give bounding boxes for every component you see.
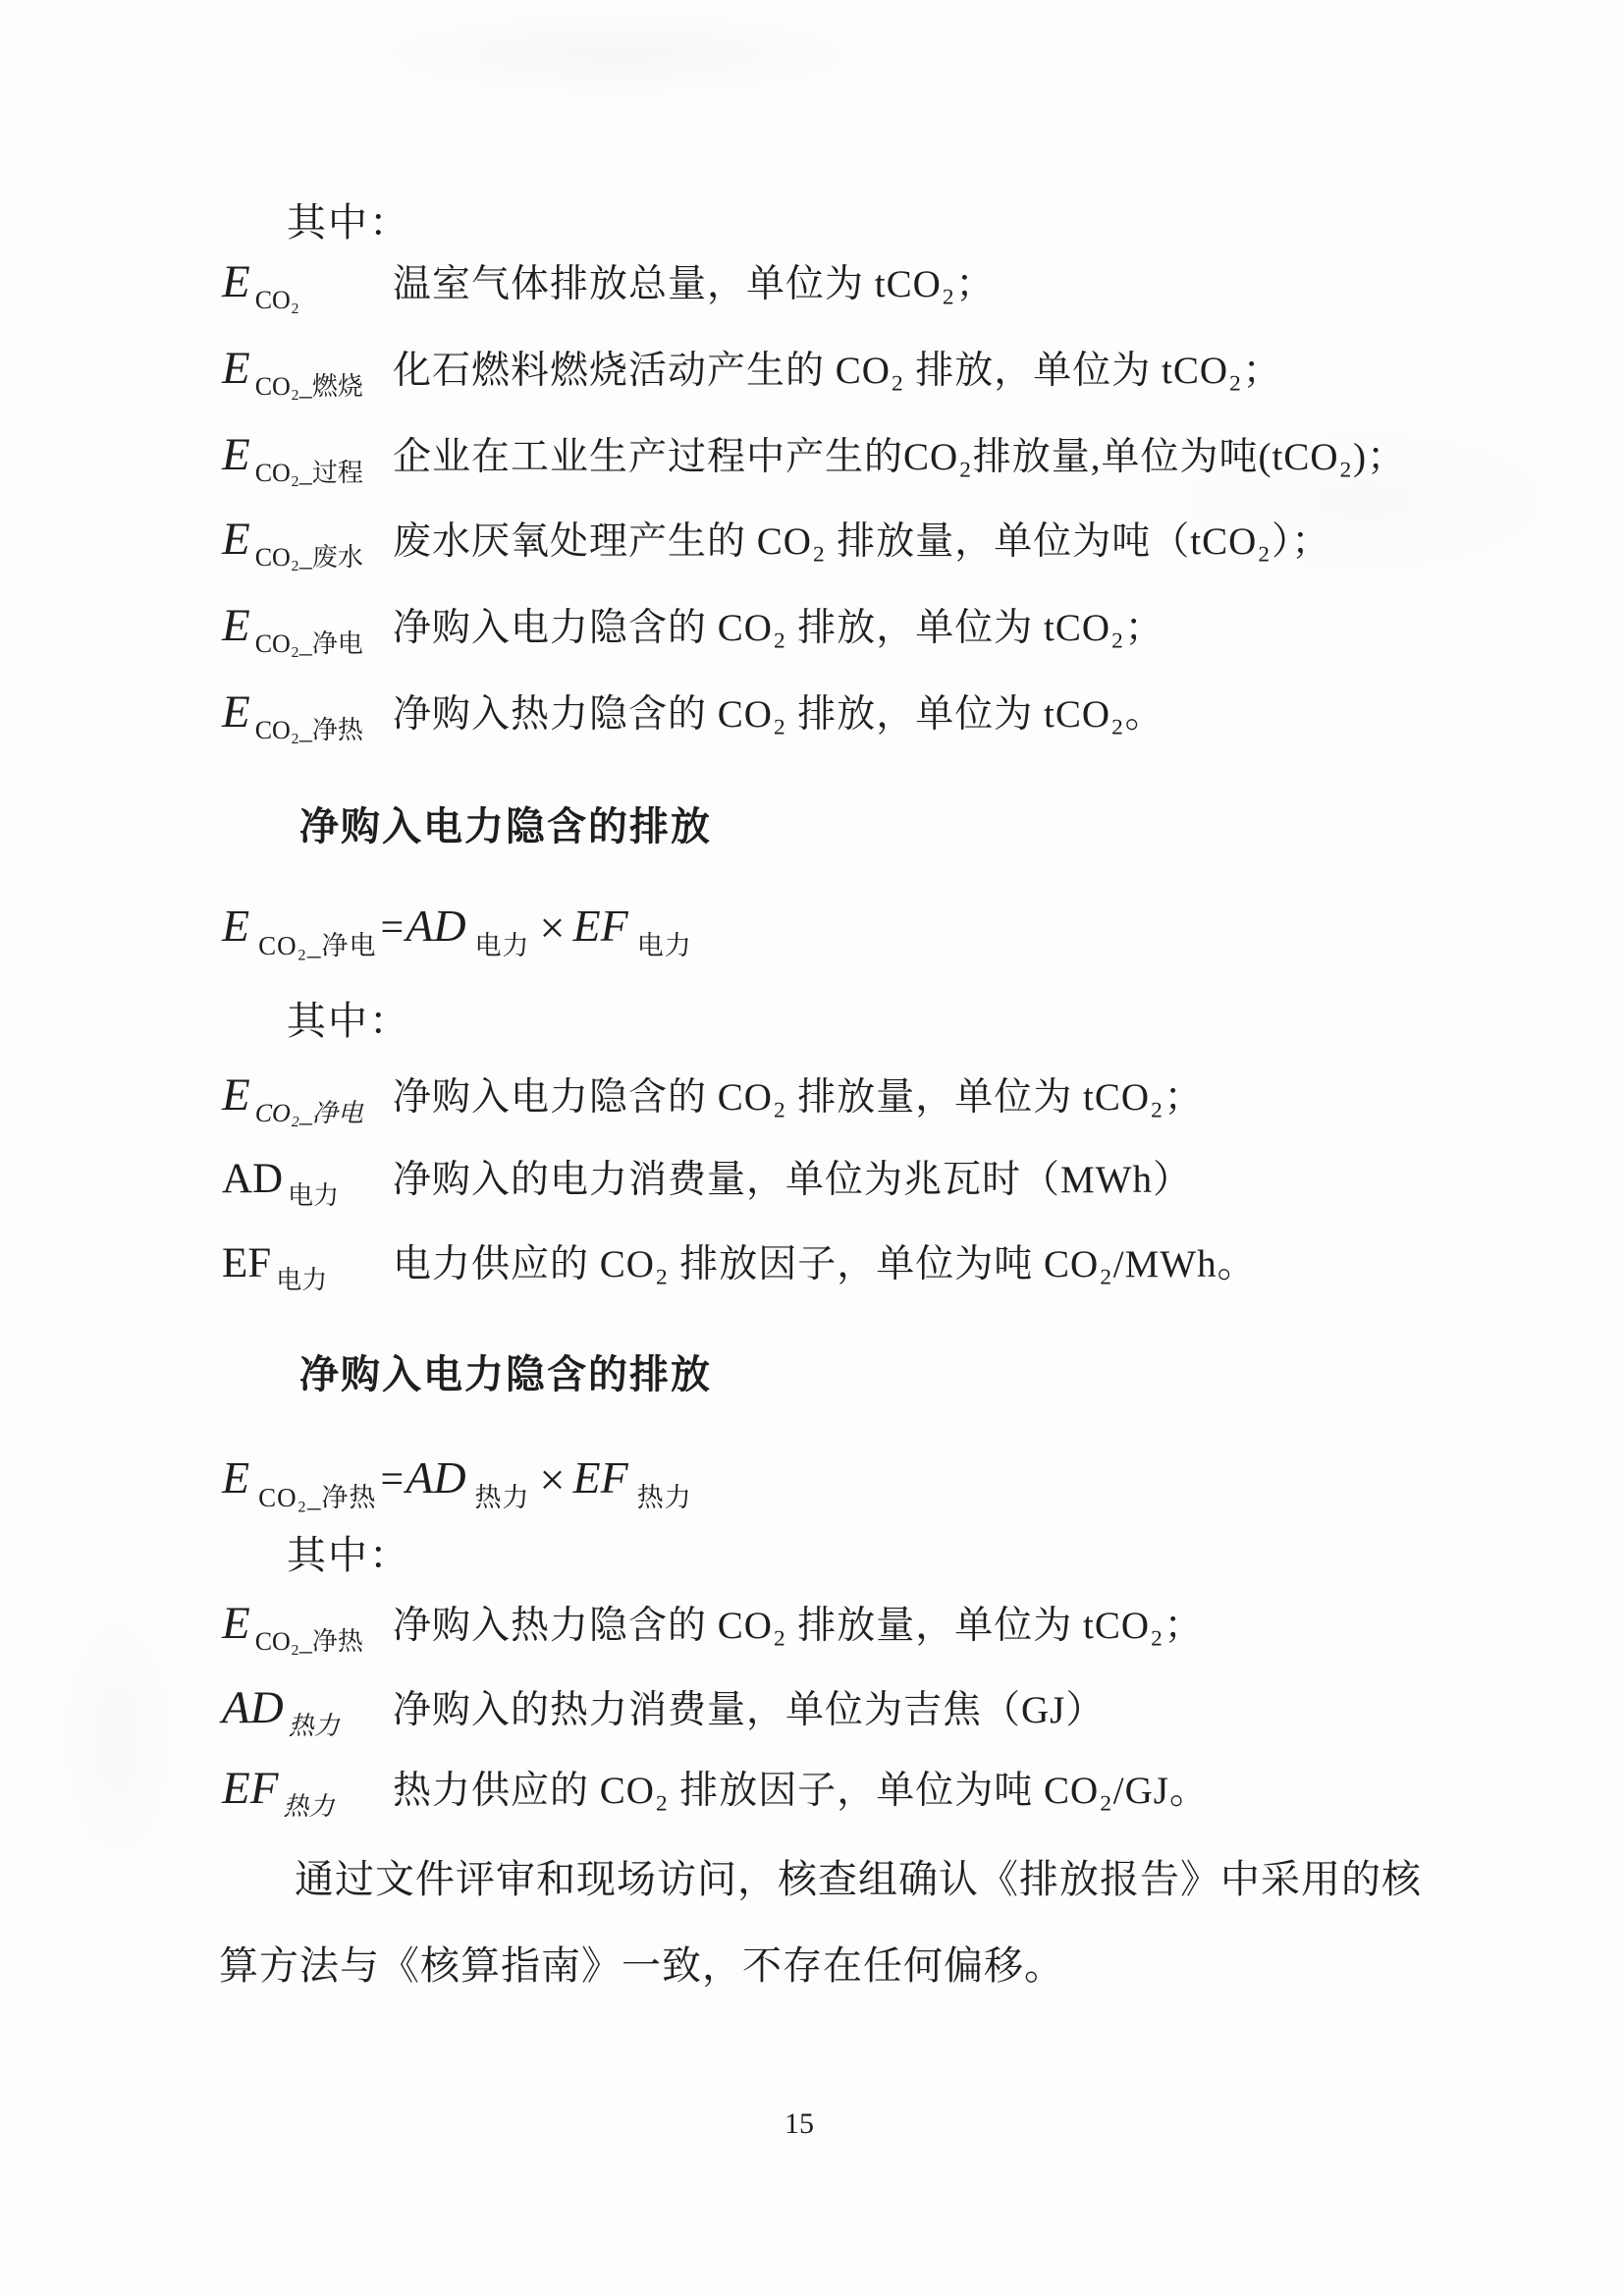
- term-symbol: ECO₂_废水: [222, 513, 393, 584]
- term-definition: 废水厌氧处理产生的 CO₂ 排放量，单位为吨（tCO₂）；: [393, 520, 1330, 563]
- term-row: ECO₂_废水废水厌氧处理产生的 CO₂ 排放量，单位为吨（tCO₂）；: [222, 513, 1330, 584]
- formula-symbol: E: [222, 1452, 249, 1503]
- term-definition: 净购入电力隐含的 CO₂ 排放，单位为 tCO₂；: [393, 607, 1164, 649]
- term-symbol: ECO₂: [222, 255, 393, 327]
- term-definition: 企业在工业生产过程中产生的CO₂排放量,单位为吨(tCO₂)；: [393, 436, 1406, 478]
- term-symbol: EF电力: [222, 1237, 393, 1307]
- formula-symbol: EF: [573, 901, 628, 951]
- formula: ECO₂_净热=AD热力×EF热力: [222, 1451, 694, 1514]
- term-row: ECO₂_过程企业在工业生产过程中产生的CO₂排放量,单位为吨(tCO₂)；: [222, 428, 1406, 500]
- term-row: ECO₂_净热净购入热力隐含的 CO₂ 排放量，单位为 tCO₂；: [222, 1597, 1204, 1668]
- term-definition: 净购入的热力消费量，单位为吉焦（GJ）: [393, 1689, 1105, 1731]
- term-definition: 净购入的电力消费量，单位为兆瓦时（MWh）: [393, 1159, 1192, 1201]
- term-row: AD热力净购入的热力消费量，单位为吉焦（GJ）: [222, 1681, 1105, 1753]
- term-definition: 温室气体排放总量，单位为 tCO₂；: [393, 263, 995, 305]
- term-row: EF电力电力供应的 CO₂ 排放因子，单位为吨 CO₂/MWh。: [222, 1237, 1257, 1307]
- term-row: ECO₂_净电净购入电力隐含的 CO₂ 排放，单位为 tCO₂；: [222, 599, 1164, 671]
- term-row: AD电力净购入的电力消费量，单位为兆瓦时（MWh）: [222, 1153, 1192, 1223]
- formula-symbol: AD: [406, 1452, 465, 1503]
- closing-paragraph-line: 通过文件评审和现场访问，核查组确认《排放报告》中采用的核: [295, 1848, 1422, 1904]
- document-page: 其中： ECO₂温室气体排放总量，单位为 tCO₂； ECO₂_燃烧化石燃料燃烧…: [0, 0, 1623, 2296]
- formula: ECO₂_净电=AD电力×EF电力: [222, 900, 694, 962]
- section-heading: 净购入电力隐含的排放: [299, 795, 712, 851]
- equals-sign: =: [381, 905, 405, 951]
- term-definition: 热力供应的 CO₂ 排放因子，单位为吨 CO₂/GJ。: [393, 1770, 1209, 1812]
- term-definition: 化石燃料燃烧活动产生的 CO₂ 排放，单位为 tCO₂；: [393, 350, 1282, 392]
- formula-symbol: E: [222, 901, 249, 951]
- times-sign: ×: [540, 902, 566, 953]
- where-label: 其中：: [287, 990, 410, 1046]
- equals-sign: =: [381, 1457, 405, 1503]
- term-symbol: ECO₂_净热: [222, 685, 393, 757]
- term-symbol: ECO₂_燃烧: [222, 342, 393, 413]
- scan-smudge: [373, 10, 864, 98]
- term-definition: 电力供应的 CO₂ 排放因子，单位为吨 CO₂/MWh。: [393, 1243, 1257, 1285]
- term-symbol: ECO₂_净电: [222, 599, 393, 671]
- term-definition: 净购入热力隐含的 CO₂ 排放，单位为 tCO₂。: [393, 693, 1164, 736]
- term-symbol: EF热力: [222, 1762, 393, 1833]
- formula-symbol: EF: [573, 1452, 628, 1503]
- where-label: 其中：: [287, 1524, 410, 1580]
- term-definition: 净购入电力隐含的 CO₂ 排放量，单位为 tCO₂；: [393, 1076, 1204, 1119]
- term-symbol: AD热力: [222, 1681, 393, 1753]
- where-label: 其中：: [287, 191, 410, 247]
- term-row: ECO₂_净电净购入电力隐含的 CO₂ 排放量，单位为 tCO₂；: [222, 1068, 1204, 1140]
- formula-symbol: AD: [406, 901, 465, 951]
- closing-paragraph-line: 算方法与《核算指南》一致，不存在任何偏移。: [219, 1935, 1064, 1991]
- times-sign: ×: [540, 1454, 566, 1504]
- scan-smudge: [59, 1611, 177, 1866]
- term-definition: 净购入热力隐含的 CO₂ 排放量，单位为 tCO₂；: [393, 1605, 1204, 1647]
- page-number: 15: [0, 2107, 1598, 2141]
- term-row: ECO₂_净热净购入热力隐含的 CO₂ 排放，单位为 tCO₂。: [222, 685, 1164, 757]
- term-symbol: ECO₂_过程: [222, 428, 393, 500]
- term-symbol: ECO₂_净电: [222, 1068, 393, 1140]
- term-row: EF热力热力供应的 CO₂ 排放因子，单位为吨 CO₂/GJ。: [222, 1762, 1209, 1833]
- term-symbol: ECO₂_净热: [222, 1597, 393, 1668]
- section-heading: 净购入电力隐含的排放: [299, 1343, 712, 1399]
- term-symbol: AD电力: [222, 1153, 393, 1223]
- term-row: ECO₂_燃烧化石燃料燃烧活动产生的 CO₂ 排放，单位为 tCO₂；: [222, 342, 1282, 413]
- term-row: ECO₂温室气体排放总量，单位为 tCO₂；: [222, 255, 995, 327]
